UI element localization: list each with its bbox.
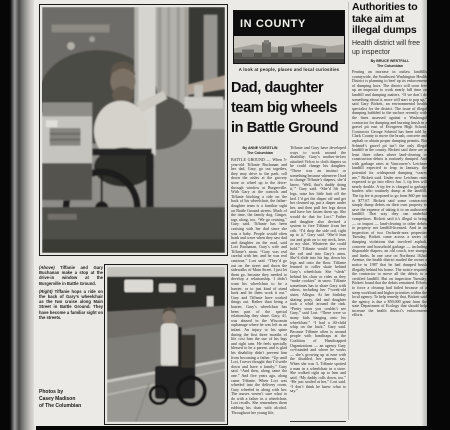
page-curl-edge [10, 0, 36, 430]
photo1-scene [42, 7, 225, 253]
right-byline: By BRUCE WESTFALL The Columbian [352, 59, 428, 69]
column-separator-rule [348, 2, 349, 420]
caption-above: (Above) Tiffanie and Gary Buchanan make … [39, 265, 103, 286]
main-article-column-1: BATTLE GROUND — When 5-year-old Tiffanie… [231, 158, 287, 420]
section-title: IN COUNTY [234, 18, 306, 30]
right-headline-line1: Authorities to [352, 2, 428, 14]
main-headline-line2: team big wheels [231, 98, 349, 118]
article-end-rule [290, 421, 346, 422]
photo-wheelchair-drive-in [39, 4, 228, 256]
main-headline: Dad, daughter team big wheels in Battle … [231, 78, 349, 138]
skyline-graphic [234, 36, 344, 63]
right-subhead: Health district will free up inspector [352, 39, 428, 57]
main-byline: By ANNE VOEGTLIN The Columbian [233, 146, 287, 156]
main-headline-line1: Dad, daughter [231, 78, 349, 98]
right-article-body: Fearing an increase in outlaw landfills … [352, 70, 427, 420]
main-article-column-2: Tiffanie and Gary have developed ways to… [290, 146, 346, 420]
section-banner: IN COUNTY [233, 10, 345, 64]
section-tagline: A look at people, places and local curio… [233, 67, 345, 72]
photo-wheelchair-street [104, 264, 228, 425]
skyline-image [234, 36, 344, 63]
main-headline-line3: in Battle Ground [231, 118, 349, 138]
section-banner-bar: IN COUNTY [234, 11, 344, 36]
photo-wheelchair-drive-in-image [42, 7, 225, 253]
right-headline-line3: illegal dumps [352, 25, 428, 37]
main-byline-org: The Columbian [233, 151, 287, 156]
newspaper-scan: IN COUNTY A look at people, places and l… [0, 0, 450, 430]
right-headline: Authorities to take aim at illegal dumps [352, 2, 428, 37]
photo-wheelchair-street-image [107, 267, 225, 422]
photo-credit: Photos by Casey Madison of The Columbian [39, 389, 103, 410]
photo2-scene [107, 267, 225, 422]
caption-right: (Right) Tiffanie hops a ride on the back… [39, 289, 103, 320]
photo-caption-block: (Above) Tiffanie and Gary Buchanan make … [39, 265, 103, 323]
right-byline-org: The Columbian [352, 64, 428, 69]
caption-right-text: Tiffanie hops a ride on the back of Gary… [39, 289, 103, 320]
